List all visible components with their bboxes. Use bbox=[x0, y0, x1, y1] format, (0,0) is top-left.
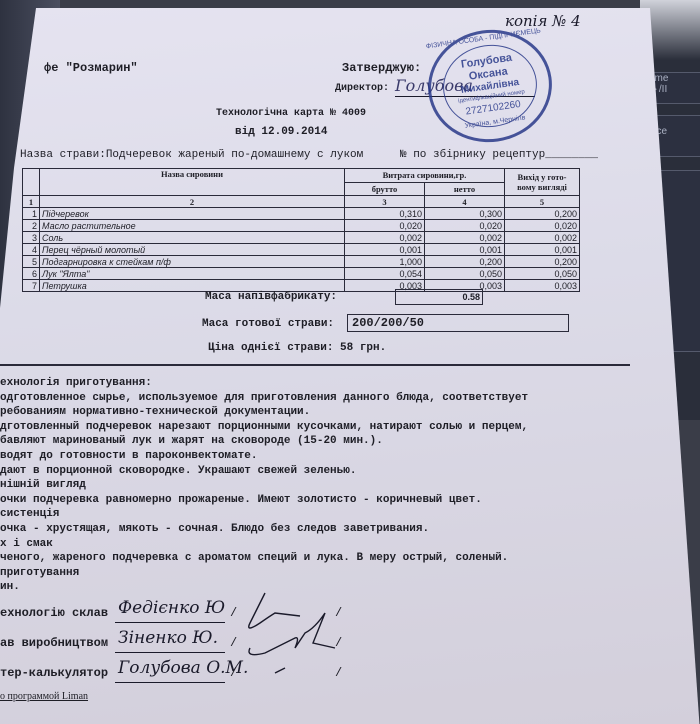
output-value: 0,200 bbox=[505, 208, 580, 220]
signature-role-label: ав виробництвом bbox=[0, 636, 108, 650]
row-number: 4 bbox=[23, 244, 40, 256]
ingredient-name: Масло растительное bbox=[40, 220, 345, 232]
output-value: 0,020 bbox=[505, 220, 580, 232]
row-number: 1 bbox=[23, 208, 40, 220]
table-row: 6Лук "Ялта"0,0540,0500,050 bbox=[23, 268, 580, 280]
netto-value: 0,200 bbox=[425, 256, 505, 268]
key-label: ►/II bbox=[649, 84, 700, 95]
ingredients-table: Назва сировини Витрата сировини,гр. Вихі… bbox=[22, 168, 580, 292]
output-value: 0,200 bbox=[505, 256, 580, 268]
approve-label: Затверджую: bbox=[342, 61, 421, 75]
semi-product-mass-box: 0.58 bbox=[395, 289, 483, 305]
row-number: 6 bbox=[23, 268, 40, 280]
ingredient-name: Подгарнировка к стейкам п/ф bbox=[40, 256, 345, 268]
technological-card-document: фе "Розмарин" Затверджую: Директор: Голу… bbox=[0, 8, 700, 724]
row-number: 3 bbox=[23, 232, 40, 244]
output-value: 0,002 bbox=[505, 232, 580, 244]
ingredient-name: Лук "Ялта" bbox=[40, 268, 345, 280]
signature-separator: / bbox=[230, 636, 237, 650]
signature-line bbox=[115, 682, 225, 683]
technology-line: х і смак bbox=[0, 538, 53, 550]
row-number: 7 bbox=[23, 280, 40, 292]
ingredient-name: Петрушка bbox=[40, 280, 345, 292]
dish-name: Назва страви:Подчеревок жареный по-домаш… bbox=[20, 149, 363, 161]
brutto-value: 0,020 bbox=[345, 220, 425, 232]
column-number: 1 bbox=[23, 196, 40, 208]
header-blank bbox=[23, 169, 40, 196]
brutto-value: 0,001 bbox=[345, 244, 425, 256]
official-stamp: ФІЗИЧНА ОСОБА - ПІДПРИЄМЕЦЬ Голубова Окс… bbox=[421, 22, 559, 150]
technology-line: ченого, жареного подчеревка с ароматом с… bbox=[0, 552, 508, 564]
key-label: ome bbox=[649, 73, 700, 84]
table-row: 2Масло растительное0,0200,0200,020 bbox=[23, 220, 580, 232]
signature-handwritten-name: Федієнко Ю bbox=[118, 598, 225, 618]
signature-line bbox=[115, 652, 225, 653]
netto-value: 0,050 bbox=[425, 268, 505, 280]
signature-role-label: тер-калькулятор bbox=[0, 666, 108, 680]
header-netto: нетто bbox=[425, 182, 505, 196]
signature-line bbox=[115, 622, 225, 623]
technology-line: ин. bbox=[0, 581, 20, 593]
ingredient-name: Підчеревок bbox=[40, 208, 345, 220]
director-label: Директор: bbox=[335, 83, 389, 94]
software-note: о программой Liman bbox=[0, 691, 88, 702]
ready-dish-mass-label: Маса готової страви: bbox=[202, 318, 334, 330]
technology-line: очки подчеревка равномерно прожареные. И… bbox=[0, 494, 482, 506]
table-row: 4Перец чёрный молотый0,0010,0010,001 bbox=[23, 244, 580, 256]
netto-value: 0,300 bbox=[425, 208, 505, 220]
table-row: 7Петрушка0,0030,0030,003 bbox=[23, 280, 580, 292]
handwritten-copy-note: копія № 4 bbox=[505, 12, 581, 30]
row-number: 2 bbox=[23, 220, 40, 232]
signature-scribbles bbox=[245, 588, 365, 678]
header-output-line: вому вигляді bbox=[507, 182, 577, 192]
brutto-value: 0,310 bbox=[345, 208, 425, 220]
netto-value: 0,001 bbox=[425, 244, 505, 256]
header-name: Назва сировини bbox=[40, 169, 345, 196]
column-number: 2 bbox=[40, 196, 345, 208]
divider-line bbox=[0, 364, 630, 366]
output-value: 0,050 bbox=[505, 268, 580, 280]
technology-line: ребованиям нормативно-технической докуме… bbox=[0, 406, 310, 418]
technology-line: очка - хрустящая, мякоть - сочная. Блюдо… bbox=[0, 523, 429, 535]
technology-heading: ехнологія приготування: bbox=[0, 377, 152, 389]
recipe-reference: № по збірнику рецептур________ bbox=[400, 149, 598, 161]
technology-line: дают в порционной сковородке. Украшают с… bbox=[0, 465, 356, 477]
row-number: 5 bbox=[23, 256, 40, 268]
signature-separator: / bbox=[230, 666, 237, 680]
dish-price: Ціна однієї страви: 58 грн. bbox=[208, 342, 386, 354]
output-value: 0,003 bbox=[505, 280, 580, 292]
netto-value: 0,020 bbox=[425, 220, 505, 232]
header-brutto: брутто bbox=[345, 182, 425, 196]
ready-dish-mass-box: 200/200/50 bbox=[347, 314, 569, 332]
netto-value: 0,002 bbox=[425, 232, 505, 244]
technology-line: дготовленный подчеревок нарезают порцион… bbox=[0, 421, 528, 433]
ingredient-name: Соль bbox=[40, 232, 345, 244]
signature-separator: / bbox=[230, 606, 237, 620]
brutto-value: 0,054 bbox=[345, 268, 425, 280]
technology-line: систенція bbox=[0, 508, 59, 520]
ingredient-name: Перец чёрный молотый bbox=[40, 244, 345, 256]
header-output: Вихід у гото- вому вигляді bbox=[505, 169, 580, 196]
signature-handwritten-name: Зіненко Ю. bbox=[118, 628, 218, 648]
cafe-name: фе "Розмарин" bbox=[44, 61, 138, 75]
technology-line: одготовленное сырье, используемое для пр… bbox=[0, 392, 528, 404]
column-number: 4 bbox=[425, 196, 505, 208]
technology-line: водят до готовности в пароконвектомате. bbox=[0, 450, 257, 462]
semi-product-mass-label: Маса напівфабрикату: bbox=[205, 291, 337, 303]
card-title: Технологічна карта № 4009 bbox=[216, 108, 366, 119]
ready-dish-mass-value: 200/200/50 bbox=[348, 315, 568, 331]
header-usage: Витрата сировини,гр. bbox=[345, 169, 505, 183]
technology-line: нішній вигляд bbox=[0, 479, 86, 491]
brutto-value: 0,002 bbox=[345, 232, 425, 244]
header-output-line: Вихід у гото- bbox=[507, 172, 577, 182]
semi-product-mass-value: 0.58 bbox=[396, 290, 482, 304]
technology-line: бавляют маринованый лук и жарят на сково… bbox=[0, 435, 383, 447]
table-row: 1Підчеревок0,3100,3000,200 bbox=[23, 208, 580, 220]
output-value: 0,001 bbox=[505, 244, 580, 256]
table-row: 5Подгарнировка к стейкам п/ф1,0000,2000,… bbox=[23, 256, 580, 268]
brutto-value: 1,000 bbox=[345, 256, 425, 268]
card-date: від 12.09.2014 bbox=[235, 126, 327, 138]
signature-role-label: ехнологію склав bbox=[0, 606, 108, 620]
technology-line: приготування bbox=[0, 567, 79, 579]
signature-handwritten-name: Голубова О.М. bbox=[118, 658, 248, 678]
column-number: 3 bbox=[345, 196, 425, 208]
column-number: 5 bbox=[505, 196, 580, 208]
table-row: 3Соль0,0020,0020,002 bbox=[23, 232, 580, 244]
